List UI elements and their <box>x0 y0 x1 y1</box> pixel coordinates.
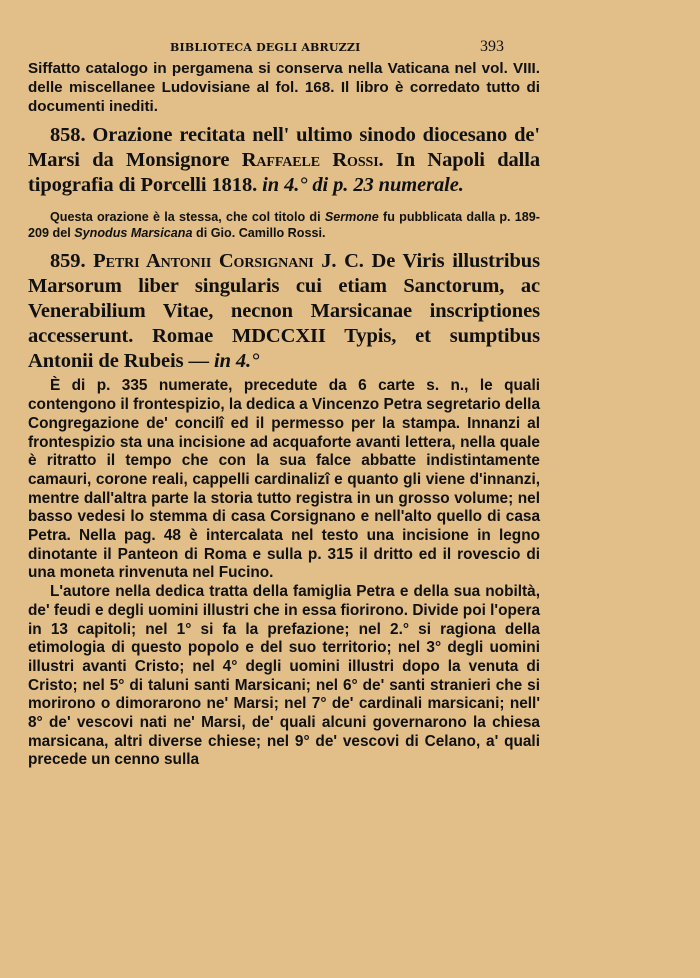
note-text: Questa orazione è la stessa, che col tit… <box>50 210 321 224</box>
entry-858-note: Questa orazione è la stessa, che col tit… <box>28 209 540 241</box>
entry-author: Petri Antonii Corsignani <box>93 250 313 272</box>
book-page: BIBLIOTECA DEGLI ABRUZZI 393 Siffatto ca… <box>28 38 540 770</box>
note-italic-title: Synodus Marsicana <box>74 226 192 240</box>
entry-858-heading: 858. Orazione recitata nell' ultimo sino… <box>28 123 540 198</box>
page-number: 393 <box>480 38 504 56</box>
entry-author: Raffaele Rossi <box>242 149 379 171</box>
entry-format: in 4.° <box>214 350 259 372</box>
page-header: BIBLIOTECA DEGLI ABRUZZI 393 <box>28 38 540 60</box>
entry-859-contents: L'autore nella dedica tratta della famig… <box>28 583 540 770</box>
running-head: BIBLIOTECA DEGLI ABRUZZI <box>170 41 361 54</box>
entry-number: 859. <box>50 250 85 272</box>
entry-number: 858. <box>50 124 85 146</box>
entry-format: in 4.° di p. 23 numerale. <box>262 174 464 196</box>
intro-paragraph: Siffatto catalogo in pergamena si conser… <box>28 60 540 116</box>
entry-859-description: È di p. 335 numerate, precedute da 6 car… <box>28 377 540 583</box>
entry-859-heading: 859. Petri Antonii Corsignani J. C. De V… <box>28 249 540 374</box>
note-text: di Gio. Camillo Rossi. <box>196 226 325 240</box>
note-italic-title: Sermone <box>325 210 379 224</box>
